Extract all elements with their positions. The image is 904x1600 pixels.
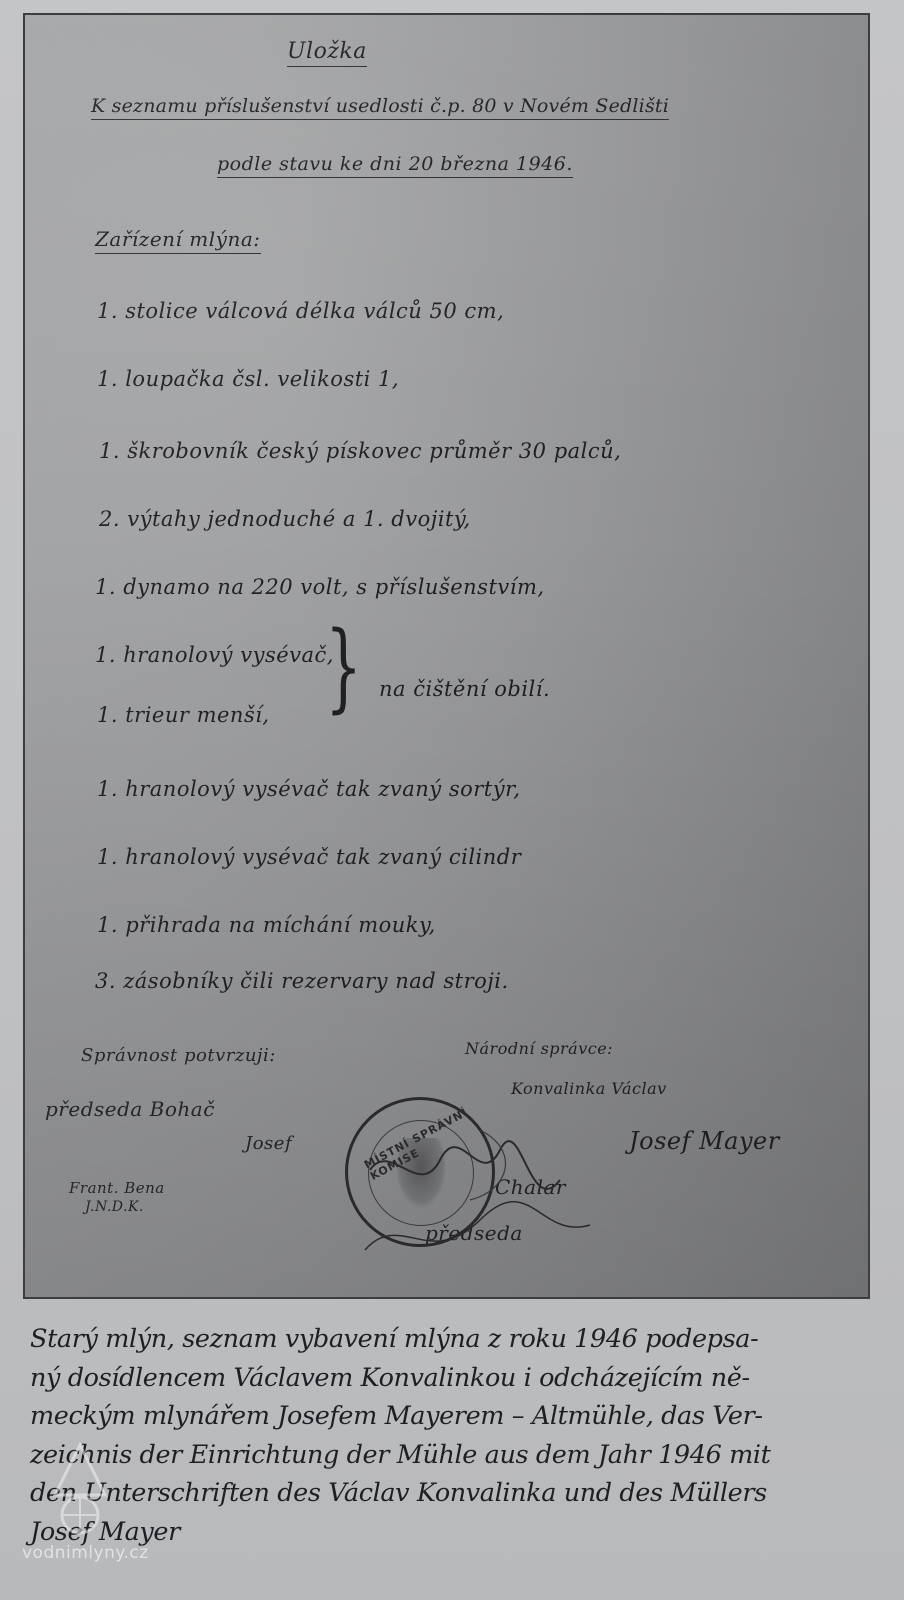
section-heading: Zařízení mlýna:	[95, 227, 261, 254]
caption-line: ný dosídlencem Václavem Konvalinkou i od…	[30, 1359, 870, 1398]
center-signature: Chalar	[495, 1175, 566, 1199]
caption-line: Starý mlýn, seznam vybavení mlýna z roku…	[30, 1320, 870, 1359]
photo-caption: Starý mlýn, seznam vybavení mlýna z roku…	[30, 1320, 870, 1552]
list-item: 3. zásobníky čili rezervary nad stroji.	[95, 969, 509, 993]
caption-line: zeichnis der Einrichtung der Mühle aus d…	[30, 1436, 870, 1475]
list-item: 1. škrobovník český pískovec průměr 30 p…	[99, 439, 621, 463]
left-signature-chairman: předseda Bohač	[45, 1097, 215, 1121]
list-item: 1. trieur menší,	[97, 703, 270, 727]
left-signature-2: Josef	[245, 1133, 292, 1154]
caption-line: Josef Mayer	[30, 1513, 870, 1552]
right-signature-name: Konvalinka Václav	[511, 1079, 667, 1098]
list-item: 1. stolice válcová délka válců 50 cm,	[97, 299, 504, 323]
list-item: 1. loupačka čsl. velikosti 1,	[97, 367, 399, 391]
list-item: 1. hranolový vysévač,	[95, 643, 334, 667]
official-stamp: MÍSTNÍ SPRÁVNÍ KOMISE	[345, 1097, 495, 1247]
curly-brace-icon: }	[325, 619, 362, 715]
caption-line: den Unterschriften des Václav Konvalinka…	[30, 1474, 870, 1513]
brace-label: na čištění obilí.	[379, 677, 550, 701]
list-item: 1. přihrada na míchání mouky,	[97, 913, 436, 937]
watermark-text: vodnimlyny.cz	[22, 1543, 149, 1563]
list-item: 2. výtahy jednoduché a 1. dvojitý,	[99, 507, 471, 531]
watermill-icon	[50, 1440, 110, 1560]
document-title: Uložka	[287, 39, 367, 67]
document-subtitle-line1: K seznamu příslušenství usedlosti č.p. 8…	[91, 95, 669, 120]
right-signature-mayer: Josef Mayer	[629, 1127, 780, 1155]
left-signature-heading: Správnost potvrzuji:	[81, 1045, 276, 1066]
list-item: 1. hranolový vysévač tak zvaný sortýr,	[97, 777, 521, 801]
right-signature-heading: Národní správce:	[465, 1039, 613, 1058]
left-signature-3b: J.N.D.K.	[85, 1199, 144, 1215]
document-subtitle-line2: podle stavu ke dni 20 března 1946.	[217, 153, 573, 178]
left-signature-3: Frant. Bena	[69, 1179, 165, 1197]
list-item: 1. hranolový vysévač tak zvaný cilindr	[97, 845, 521, 869]
caption-line: meckým mlynářem Josefem Mayerem – Altmüh…	[30, 1397, 870, 1436]
list-item: 1. dynamo na 220 volt, s příslušenstvím,	[95, 575, 545, 599]
